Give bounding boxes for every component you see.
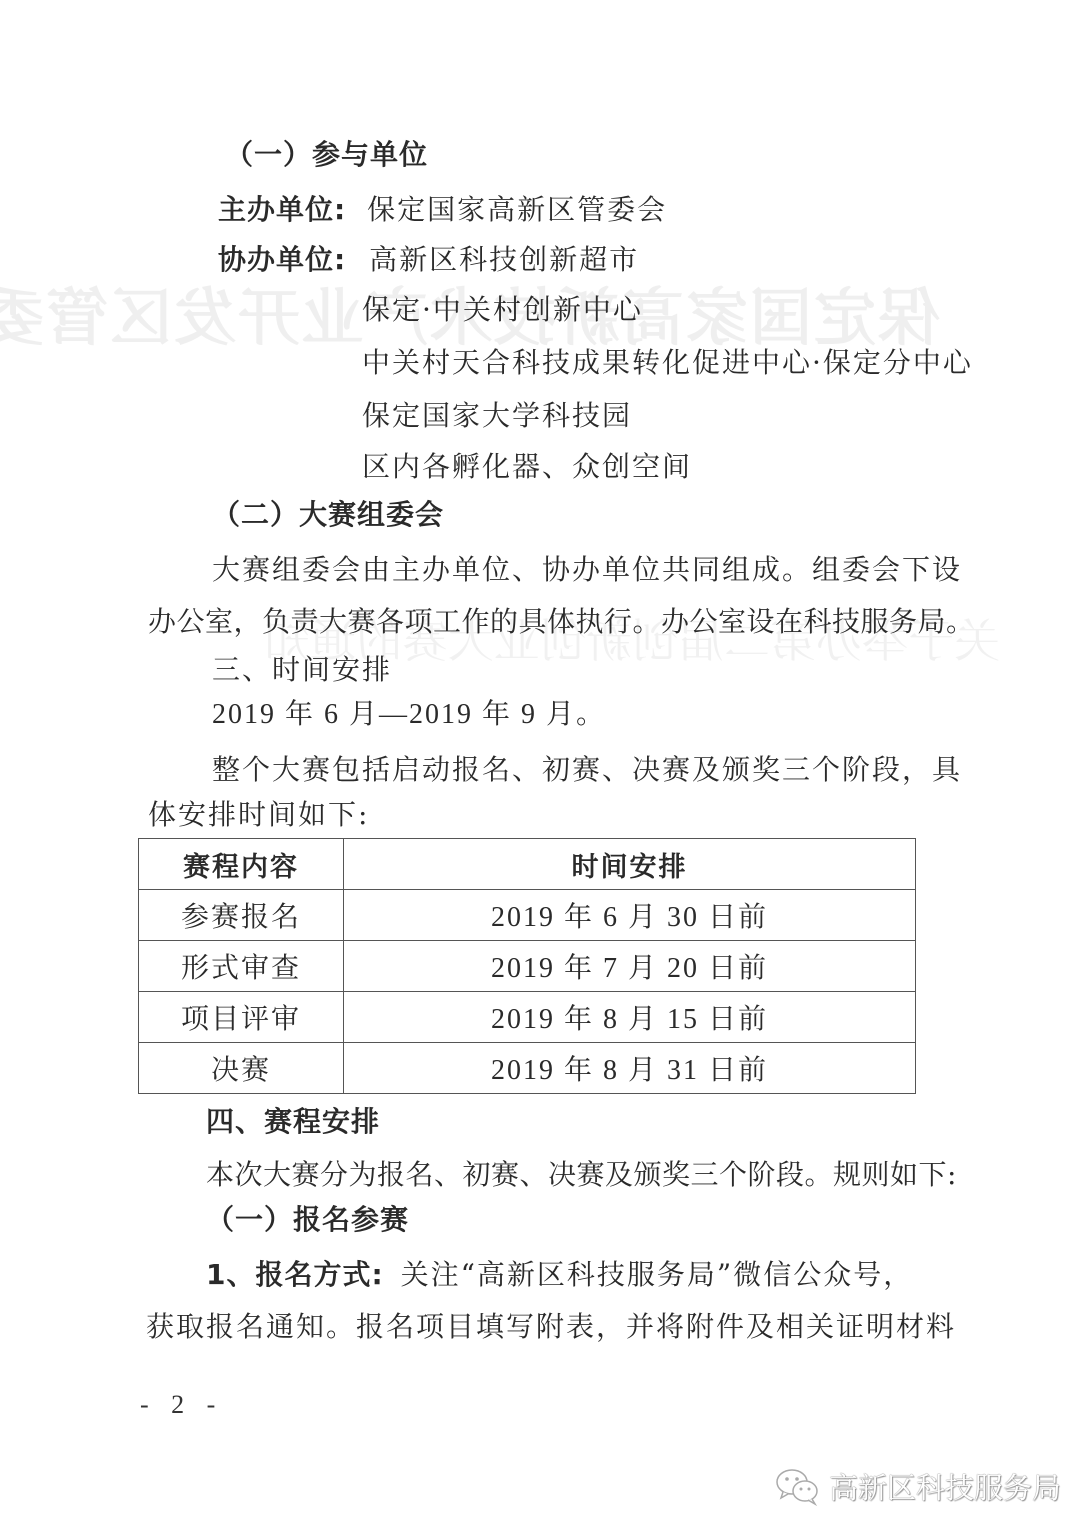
table-row: 项目评审 2019 年 8 月 15 日前 — [139, 992, 916, 1043]
registration-heading: （一）报名参赛 — [206, 1200, 409, 1240]
co-organizer-item: 保定国家大学科技园 — [362, 396, 632, 436]
committee-paragraph-line: 办公室，负责大赛各项工作的具体执行。办公室设在科技服务局。 — [148, 602, 975, 642]
table-cell-date: 2019 年 6 月 30 日前 — [344, 890, 916, 941]
committee-heading: （二）大赛组委会 — [212, 495, 444, 535]
process-heading: 四、赛程安排 — [206, 1102, 380, 1142]
registration-method-label: 1、报名方式: — [206, 1258, 384, 1291]
time-heading: 三、时间安排 — [212, 650, 392, 690]
table-cell-date: 2019 年 7 月 20 日前 — [344, 941, 916, 992]
time-range: 2019 年 6 月—2019 年 9 月。 — [212, 695, 606, 735]
table-cell-item: 参赛报名 — [139, 890, 344, 941]
co-organizer-item: 保定·中关村创新中心 — [362, 290, 643, 330]
wechat-icon — [775, 1467, 821, 1507]
table-cell-date: 2019 年 8 月 31 日前 — [344, 1043, 916, 1094]
table-cell-item: 决赛 — [139, 1043, 344, 1094]
wechat-watermark: 高新区科技服务局 — [775, 1466, 1061, 1507]
registration-method-line: 1、报名方式: 关注“高新区科技服务局”微信公众号， — [206, 1255, 913, 1295]
co-organizer-label: 协办单位: — [218, 243, 346, 276]
table-header-cell: 时间安排 — [344, 839, 916, 890]
co-organizer-row: 协办单位: 高新区科技创新超市 — [218, 240, 639, 280]
schedule-table: 赛程内容 时间安排 参赛报名 2019 年 6 月 30 日前 形式审查 201… — [138, 838, 916, 1094]
process-intro: 本次大赛分为报名、初赛、决赛及颁奖三个阶段。规则如下: — [206, 1155, 957, 1195]
table-row: 形式审查 2019 年 7 月 20 日前 — [139, 941, 916, 992]
time-intro-line: 体安排时间如下: — [148, 795, 369, 835]
co-organizer-item: 中关村天合科技成果转化促进中心·保定分中心 — [362, 343, 973, 383]
table-row: 参赛报名 2019 年 6 月 30 日前 — [139, 890, 916, 941]
committee-paragraph-line: 大赛组委会由主办单位、协办单位共同组成。组委会下设 — [212, 550, 962, 590]
participants-heading: （一）参与单位 — [225, 135, 428, 175]
table-header-row: 赛程内容 时间安排 — [139, 839, 916, 890]
registration-method-line: 获取报名通知。报名项目填写附表，并将附件及相关证明材料 — [146, 1307, 956, 1347]
time-intro-line: 整个大赛包括启动报名、初赛、决赛及颁奖三个阶段，具 — [212, 750, 962, 790]
table-cell-date: 2019 年 8 月 15 日前 — [344, 992, 916, 1043]
page-number: - 2 - — [140, 1390, 223, 1420]
host-row: 主办单位: 保定国家高新区管委会 — [218, 190, 667, 230]
table-row: 决赛 2019 年 8 月 31 日前 — [139, 1043, 916, 1094]
watermark-text: 高新区科技服务局 — [829, 1466, 1061, 1507]
registration-method-text: 关注“高新区科技服务局”微信公众号， — [401, 1258, 914, 1291]
table-header-cell: 赛程内容 — [139, 839, 344, 890]
co-organizer-item: 区内各孵化器、众创空间 — [362, 447, 692, 487]
host-value: 保定国家高新区管委会 — [367, 193, 667, 226]
host-label: 主办单位: — [218, 193, 346, 226]
table-cell-item: 项目评审 — [139, 992, 344, 1043]
table-cell-item: 形式审查 — [139, 941, 344, 992]
co-organizer-item: 高新区科技创新超市 — [369, 243, 639, 276]
